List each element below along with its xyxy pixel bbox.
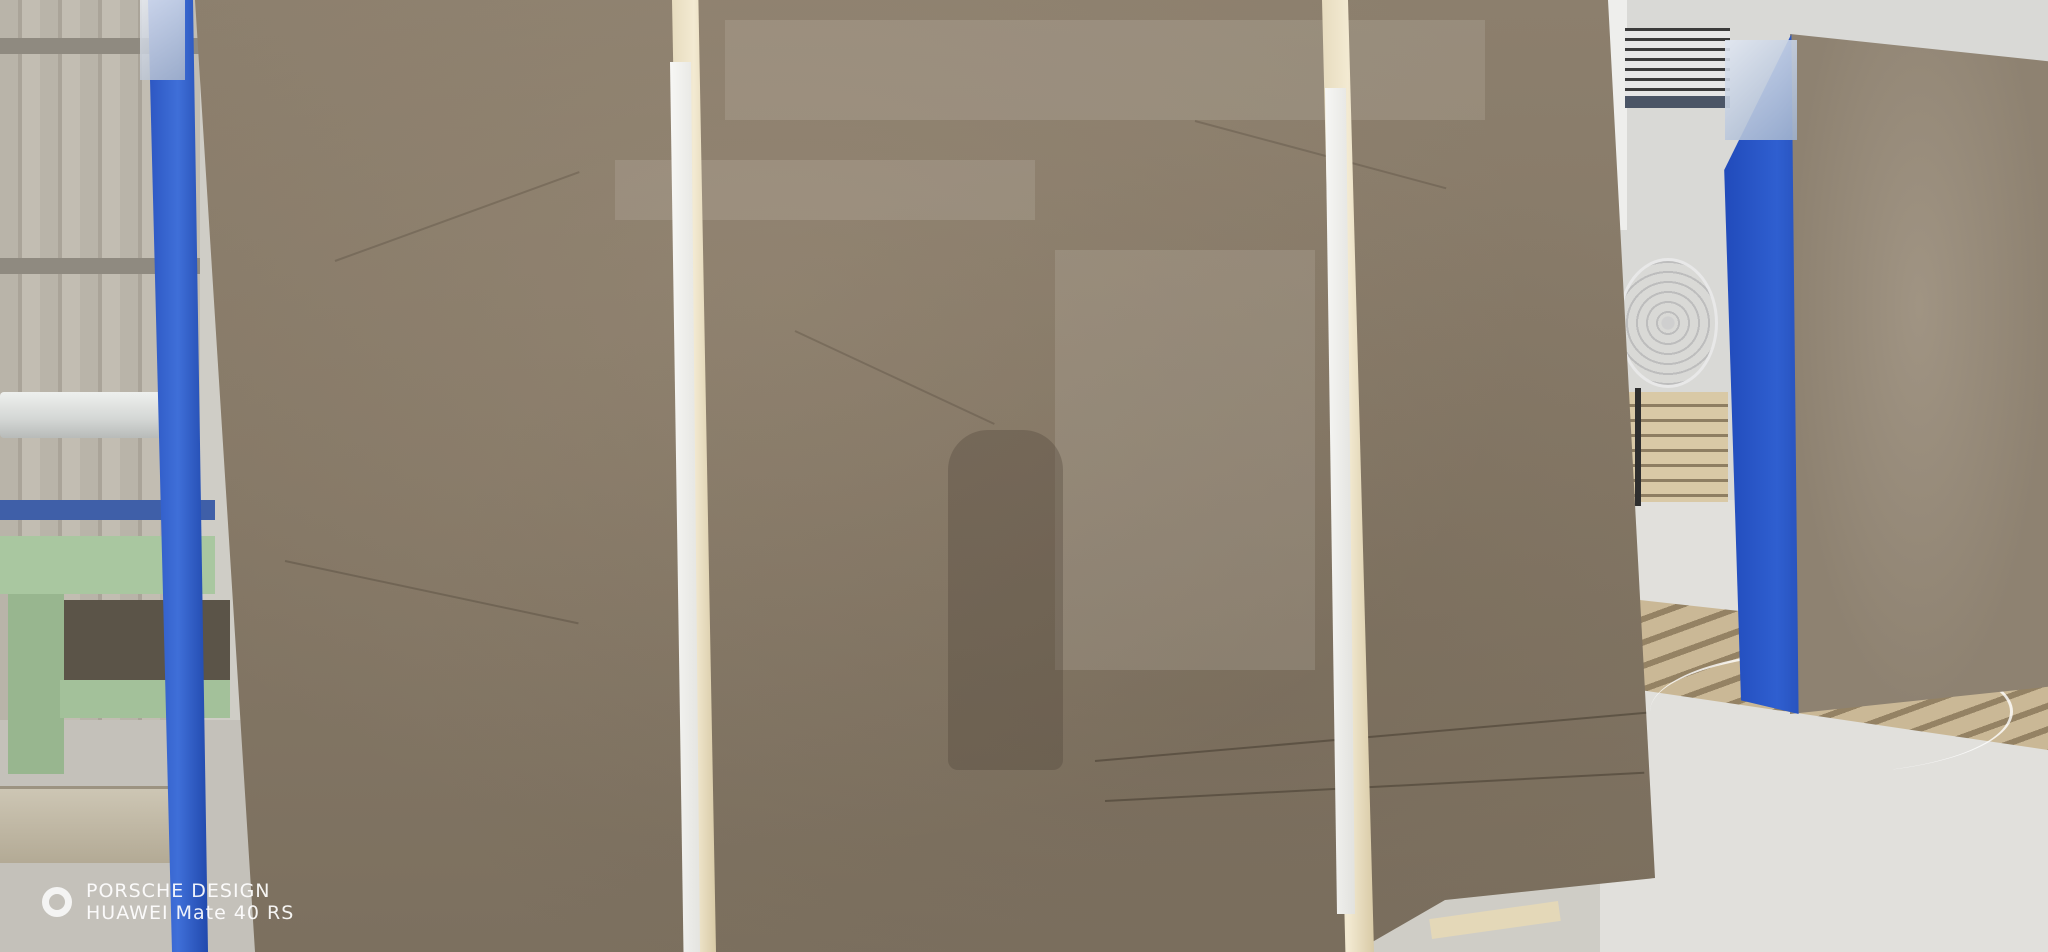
vein xyxy=(1195,120,1447,189)
camera-ring-icon xyxy=(42,887,72,917)
workbench-rail xyxy=(60,680,230,718)
batten-foot xyxy=(1429,901,1561,939)
watermark-line1: PORSCHE DESIGN xyxy=(86,880,294,902)
fan-pole xyxy=(1635,388,1641,506)
workbench-interior xyxy=(60,600,230,680)
vein xyxy=(335,171,580,262)
vein xyxy=(795,330,995,425)
marble-slab-right xyxy=(1790,34,2048,714)
white-pipe xyxy=(0,392,185,438)
vein xyxy=(1095,711,1653,762)
marble-slab-main xyxy=(195,0,1655,952)
light-reflection xyxy=(1055,250,1315,670)
machine-vent xyxy=(1625,28,1730,98)
standing-fan-icon xyxy=(1618,258,1718,388)
watermark-line2: HUAWEI Mate 40 RS xyxy=(86,902,294,924)
vein xyxy=(285,560,579,624)
camera-watermark: PORSCHE DESIGN HUAWEI Mate 40 RS xyxy=(42,880,294,924)
workbench-leg xyxy=(8,594,64,774)
plastic-wrap-right xyxy=(1725,40,1797,140)
watermark-text: PORSCHE DESIGN HUAWEI Mate 40 RS xyxy=(86,880,294,924)
reflection-silhouette xyxy=(948,430,1063,770)
plastic-wrap-left xyxy=(140,0,185,80)
light-reflection xyxy=(725,20,1485,120)
pallet-stack xyxy=(1628,392,1728,502)
vein xyxy=(1105,772,1644,802)
machine-base xyxy=(1625,96,1730,108)
